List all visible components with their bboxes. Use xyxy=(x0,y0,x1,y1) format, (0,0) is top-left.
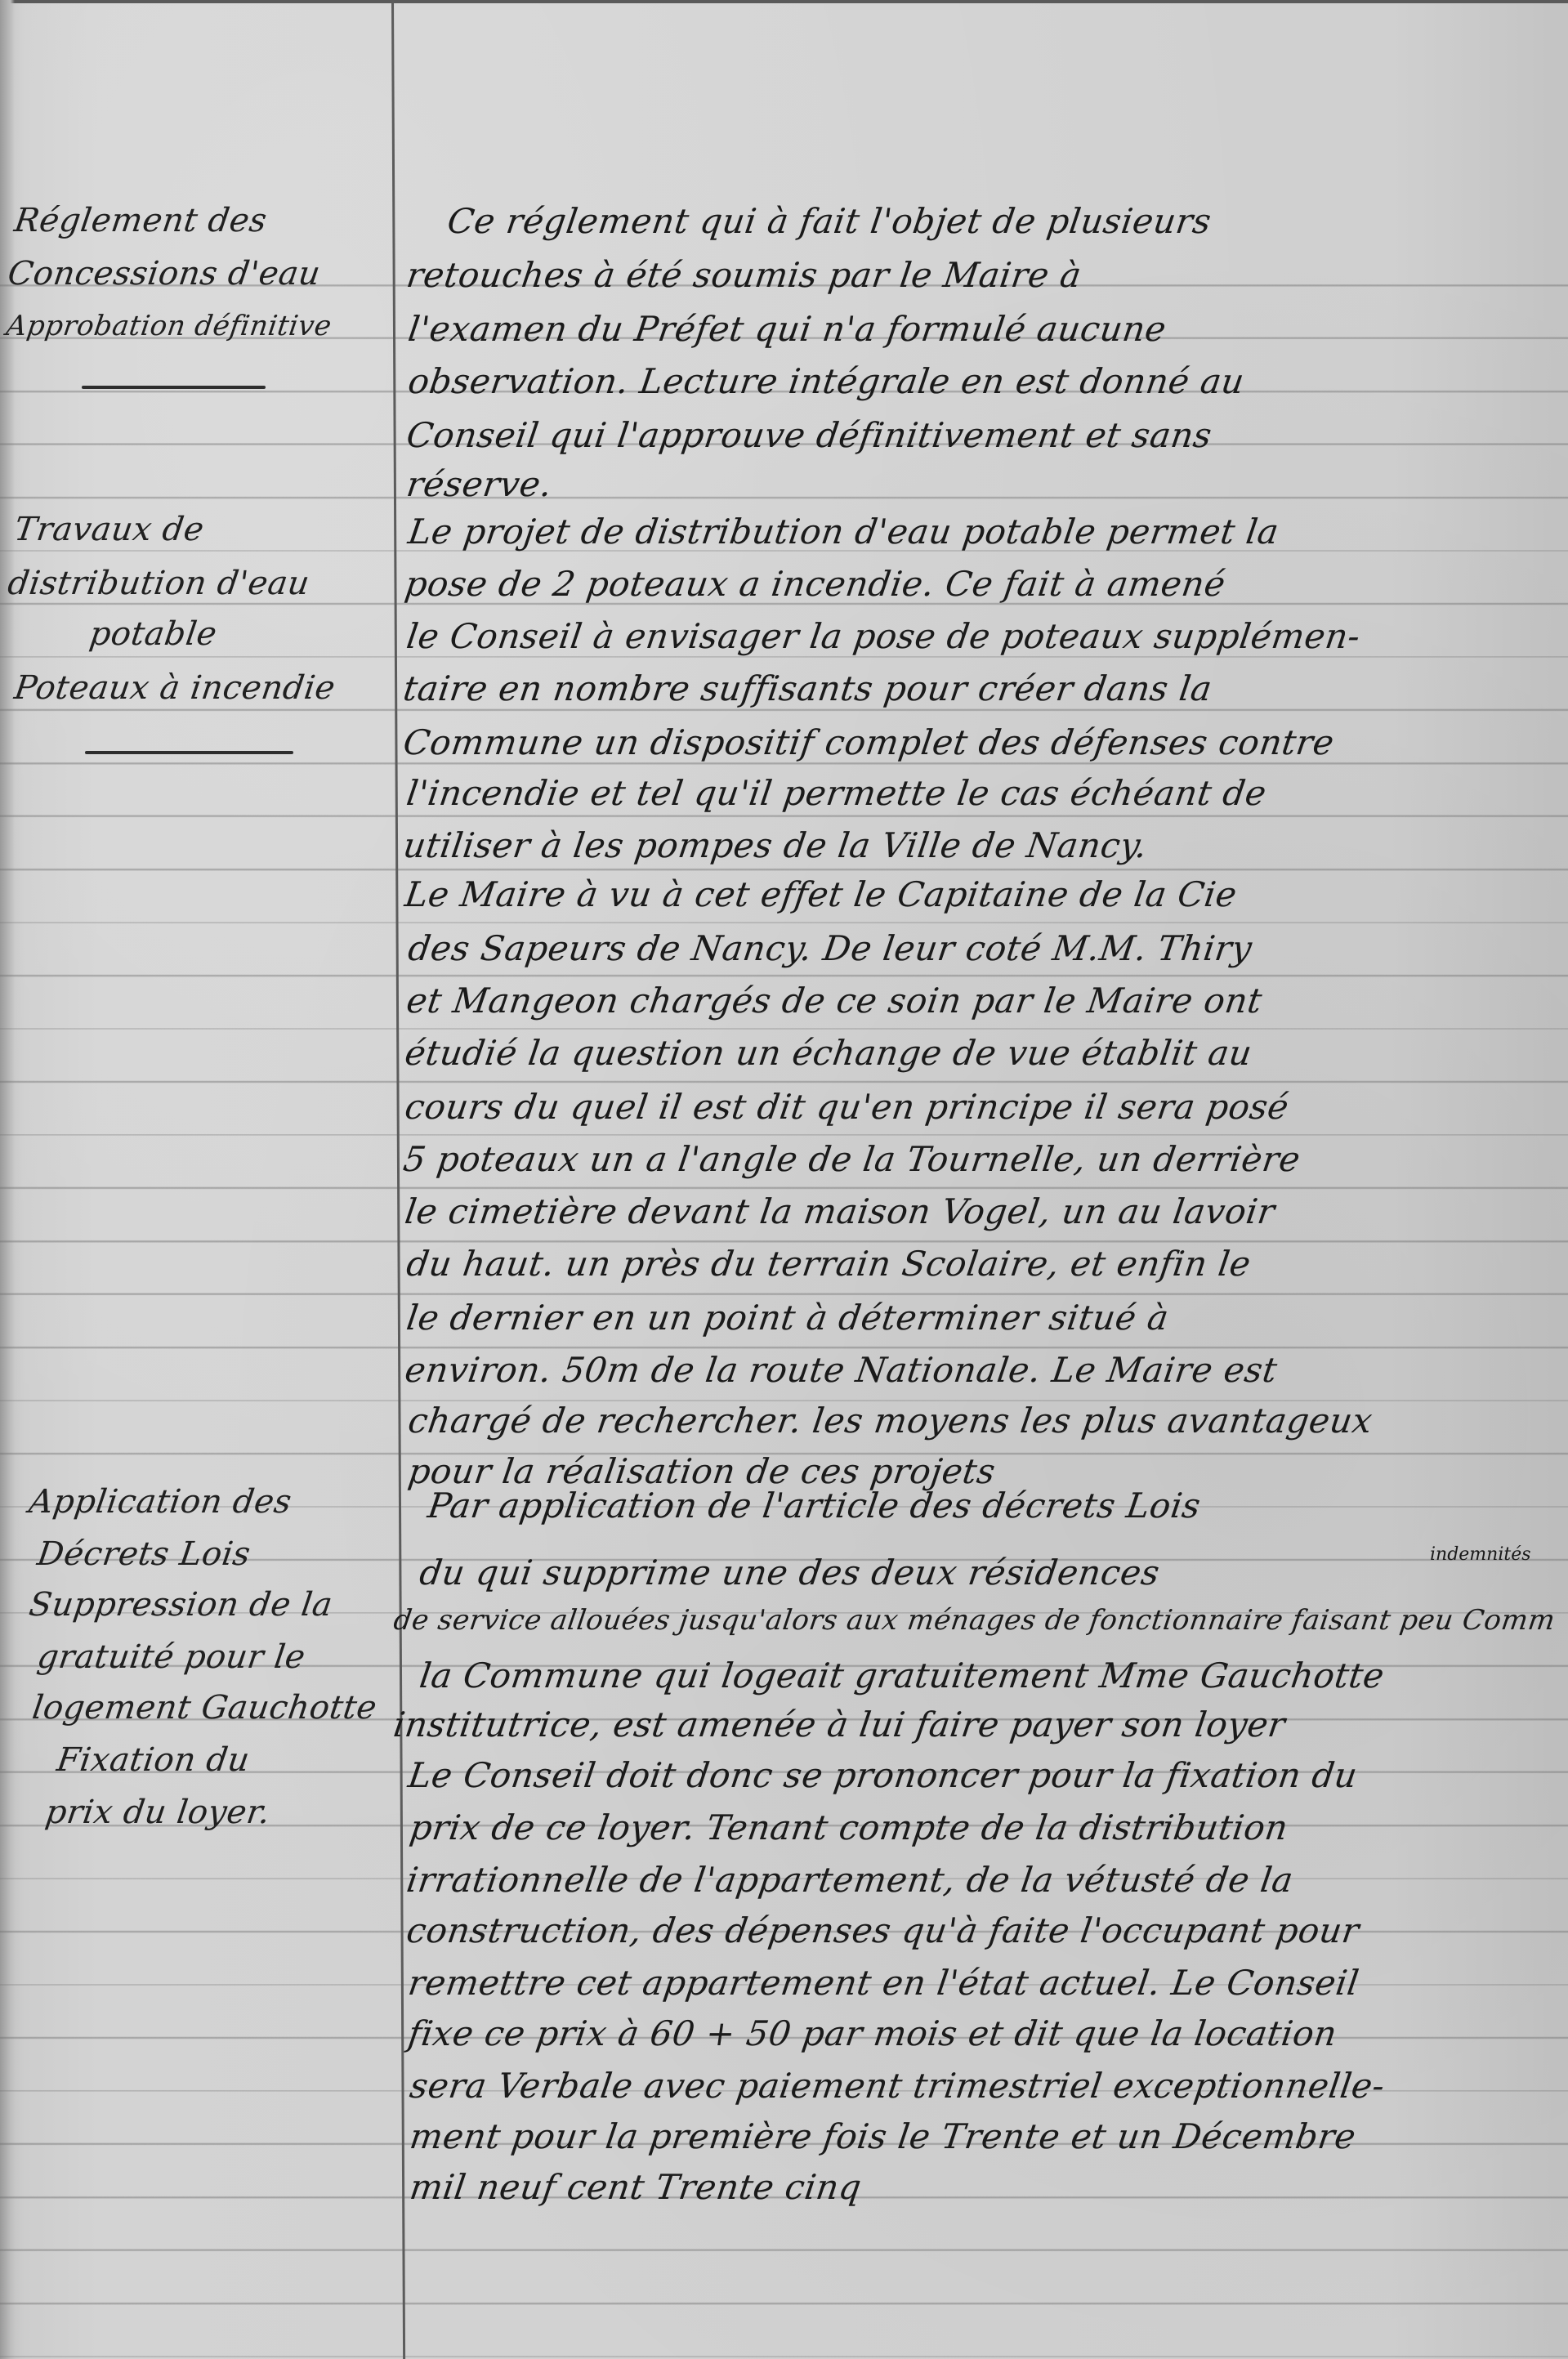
margin-heading-line: Travaux de xyxy=(12,513,206,546)
register-page: Réglement des Concessions d'eau Approbat… xyxy=(0,0,1568,2359)
body-text-line: remettre cet appartement en l'état actue… xyxy=(406,1966,1361,2000)
margin-heading-line: Application des xyxy=(27,1486,293,1518)
body-text-line: institutrice, est amenée à lui faire pay… xyxy=(391,1708,1288,1742)
body-text-line: le Conseil à envisager la pose de poteau… xyxy=(404,619,1362,654)
body-text-line: du qui supprime une des deux résidences xyxy=(418,1556,1162,1590)
margin-heading-line: Fixation du xyxy=(55,1744,252,1776)
body-text-line: réserve. xyxy=(404,467,554,502)
margin-heading-line: Poteaux à incendie xyxy=(12,672,337,704)
body-text-line: chargé de rechercher. les moyens les plu… xyxy=(406,1404,1374,1438)
body-text-line: de service allouées jusqu'alors aux ména… xyxy=(392,1606,1557,1634)
section-separator xyxy=(85,751,293,754)
body-text-line: prix de ce loyer. Tenant compte de la di… xyxy=(408,1811,1290,1845)
body-text-line: environ. 50m de la route Nationale. Le M… xyxy=(403,1353,1280,1387)
margin-heading-line: Approbation définitive xyxy=(5,312,333,340)
body-text-line: sera Verbale avec paiement trimestriel e… xyxy=(408,2069,1387,2103)
body-text-line: cours du quel il est dit qu'en principe … xyxy=(403,1090,1291,1124)
body-text-line: 5 poteaux un a l'angle de la Tournelle, … xyxy=(401,1142,1302,1177)
margin-heading-line: logement Gauchotte xyxy=(30,1691,379,1724)
body-text-line: Conseil qui l'approuve définitivement et… xyxy=(404,418,1214,453)
margin-heading-line: Concessions d'eau xyxy=(6,257,322,290)
body-text-line: Commune un dispositif complet des défens… xyxy=(401,726,1336,760)
body-text-line: fixe ce prix à 60 + 50 par mois et dit q… xyxy=(406,2017,1339,2051)
margin-heading-line: potable xyxy=(87,618,219,650)
body-text-line: étudié la question un échange de vue éta… xyxy=(403,1036,1254,1070)
body-text-line: l'examen du Préfet qui n'a formulé aucun… xyxy=(406,312,1168,346)
body-text-line: irrationnelle de l'appartement, de la vé… xyxy=(404,1863,1295,1897)
body-text-line: le cimetière devant la maison Vogel, un … xyxy=(403,1195,1277,1229)
body-text-line: Le Maire à vu à cet effet le Capitaine d… xyxy=(403,878,1239,912)
ruled-lines xyxy=(0,0,1568,2359)
body-text-line: et Mangeon chargés de ce soin par le Mai… xyxy=(404,984,1264,1018)
margin-heading-line: Réglement des xyxy=(12,204,269,237)
section-separator xyxy=(82,386,266,389)
body-text-line: taire en nombre suffisants pour créer da… xyxy=(401,672,1214,706)
body-text-line: Ce réglement qui à fait l'objet de plusi… xyxy=(445,204,1213,239)
body-text-line: retouches à été soumis par le Maire à xyxy=(404,258,1083,293)
body-text-line: Le projet de distribution d'eau potable … xyxy=(406,515,1281,549)
margin-heading-line: gratuité pour le xyxy=(35,1641,307,1673)
body-text-line: des Sapeurs de Nancy. De leur coté M.M. … xyxy=(406,932,1254,966)
page-top-edge xyxy=(0,0,1568,3)
margin-heading-line: Suppression de la xyxy=(27,1588,334,1621)
body-text-line: du haut. un près du terrain Scolaire, et… xyxy=(404,1247,1253,1281)
body-text-line: observation. Lecture intégrale en est do… xyxy=(406,364,1246,399)
body-text-line: pose de 2 poteaux a incendie. Ce fait à … xyxy=(403,567,1227,601)
body-text-line: le dernier en un point à déterminer situ… xyxy=(404,1301,1171,1335)
body-text-line: Par application de l'article des décrets… xyxy=(426,1489,1203,1523)
body-text-line: construction, des dépenses qu'à faite l'… xyxy=(404,1914,1361,1948)
margin-heading-line: prix du loyer. xyxy=(43,1796,272,1829)
interlinear-insertion: indemnités xyxy=(1430,1544,1531,1565)
body-text-line: utiliser à les pompes de la Ville de Nan… xyxy=(401,829,1150,863)
margin-heading-line: Décrets Lois xyxy=(35,1538,252,1570)
body-text-line: l'incendie et tel qu'il permette le cas … xyxy=(404,776,1269,811)
body-text-line: la Commune qui logeait gratuitement Mme … xyxy=(418,1659,1387,1693)
margin-heading-line: distribution d'eau xyxy=(6,567,311,600)
body-text-line: pour la réalisation de ces projets xyxy=(406,1454,998,1489)
body-text-line: Le Conseil doit donc se prononcer pour l… xyxy=(406,1758,1360,1793)
body-text-line: ment pour la première fois le Trente et … xyxy=(408,2120,1358,2154)
body-text-line: mil neuf cent Trente cinq xyxy=(408,2170,864,2205)
